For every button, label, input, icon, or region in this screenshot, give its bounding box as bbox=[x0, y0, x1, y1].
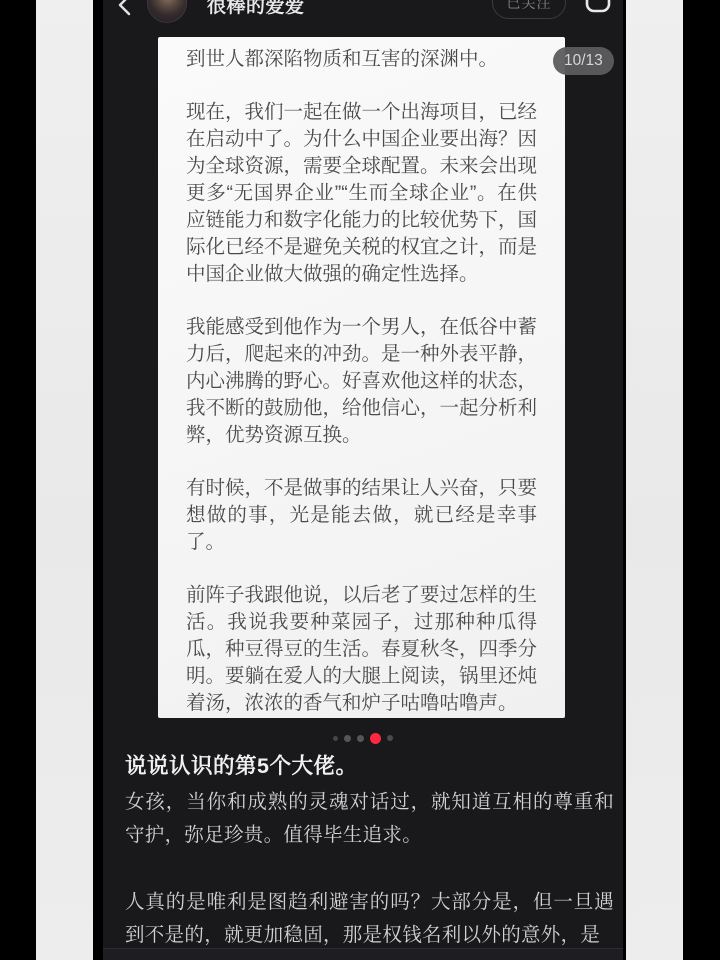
share-box-icon bbox=[584, 0, 612, 14]
pagination-dot bbox=[333, 736, 338, 741]
post-description: 女孩，当你和成熟的灵魂对话过，就知道互相的尊重和守护，弥足珍贵。值得毕生追求。 … bbox=[125, 786, 614, 952]
card-paragraph: 有时候，不是做事的结果让人兴奋，只要想做的事，光是能去做，就已经是幸事了。 bbox=[186, 475, 537, 556]
post-paragraph: 女孩，当你和成熟的灵魂对话过，就知道互相的尊重和守护，弥足珍贵。值得毕生追求。 bbox=[125, 786, 614, 852]
pagination-dots bbox=[103, 731, 623, 745]
adjacent-page-strip-left bbox=[36, 0, 93, 960]
page-count-badge: 10/13 bbox=[553, 47, 614, 75]
post-title: 说说认识的第5个大佬。 bbox=[125, 749, 357, 780]
image-card[interactable]: 到世人都深陷物质和互害的深渊中。 现在，我们一起在做一个出海项目，已经在启动中了… bbox=[158, 37, 565, 718]
avatar[interactable] bbox=[147, 0, 187, 23]
comment-bar-edge[interactable] bbox=[103, 948, 623, 960]
app-view: 很棒的爱爱 已关注 到世人都深陷物质和互害的深渊中。 现在，我们一起在做一个出海… bbox=[103, 0, 623, 960]
chevron-left-icon bbox=[111, 0, 139, 19]
post-paragraph: 人真的是唯利是图趋利避害的吗？大部分是，但一旦遇到不是的，就更加稳固，那是权钱名… bbox=[125, 886, 614, 952]
card-paragraph: 前阵子我跟他说，以后老了要过怎样的生活。我说我要种菜园子，过那种种瓜得瓜，种豆得… bbox=[186, 582, 537, 717]
share-button[interactable] bbox=[584, 0, 612, 14]
pagination-dot bbox=[387, 735, 393, 741]
username: 很棒的爱爱 bbox=[207, 0, 305, 18]
screen: 很棒的爱爱 已关注 到世人都深陷物质和互害的深渊中。 现在，我们一起在做一个出海… bbox=[0, 0, 720, 960]
card-paragraph: 到世人都深陷物质和互害的深渊中。 bbox=[186, 46, 537, 73]
card-paragraph: 我能感受到他作为一个男人，在低谷中蓄力后，爬起来的冲劲。是一种外表平静，内心沸腾… bbox=[186, 314, 537, 449]
card-paragraph: 现在，我们一起在做一个出海项目，已经在启动中了。为什么中国企业要出海？因为全球资… bbox=[186, 99, 537, 288]
back-button[interactable] bbox=[111, 0, 139, 19]
pagination-dot bbox=[344, 735, 351, 742]
pagination-dot bbox=[357, 735, 364, 742]
pagination-dot-active bbox=[370, 733, 381, 744]
follow-button[interactable]: 已关注 bbox=[492, 0, 566, 19]
adjacent-page-strip-right bbox=[626, 0, 683, 960]
